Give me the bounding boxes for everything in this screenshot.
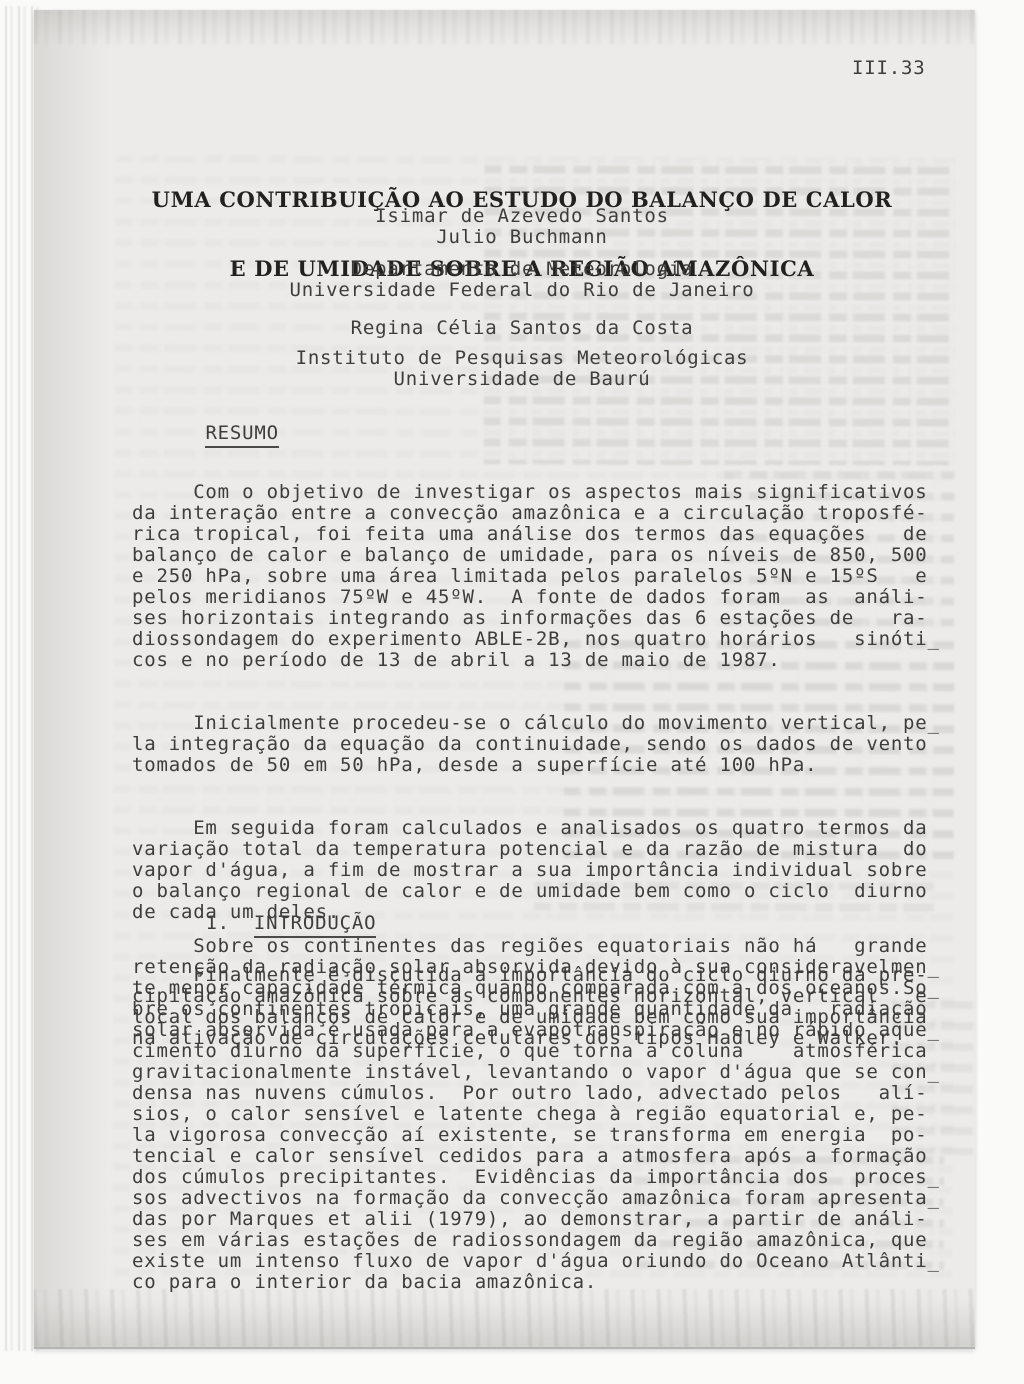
authors-primary: Isimar de Azevedo Santos Julio Buchmann bbox=[122, 206, 922, 248]
resumo-paragraph: Inicialmente procedeu-se o cálculo do mo… bbox=[132, 713, 940, 776]
document-page: III.33 UMA CONTRIBUIÇÃO AO ESTUDO DO BAL… bbox=[34, 10, 975, 1349]
affiliation-secondary: Instituto de Pesquisas Meteorológicas Un… bbox=[122, 348, 922, 390]
page-number: III.33 bbox=[852, 58, 925, 79]
introducao-section-number: 1. bbox=[205, 912, 229, 934]
resumo-paragraph: Com o objetivo de investigar os aspectos… bbox=[132, 482, 940, 671]
scanned-document: III.33 UMA CONTRIBUIÇÃO AO ESTUDO DO BAL… bbox=[0, 0, 1024, 1384]
scan-top-noise-band bbox=[34, 10, 975, 44]
scan-bottom-noise-band bbox=[34, 1289, 975, 1347]
introducao-paragraph: Sobre os continentes das regiões equator… bbox=[132, 936, 940, 1293]
author-secondary: Regina Célia Santos da Costa bbox=[122, 318, 922, 339]
affiliation-primary: Departamento de Meteorologia Universidad… bbox=[122, 259, 922, 301]
